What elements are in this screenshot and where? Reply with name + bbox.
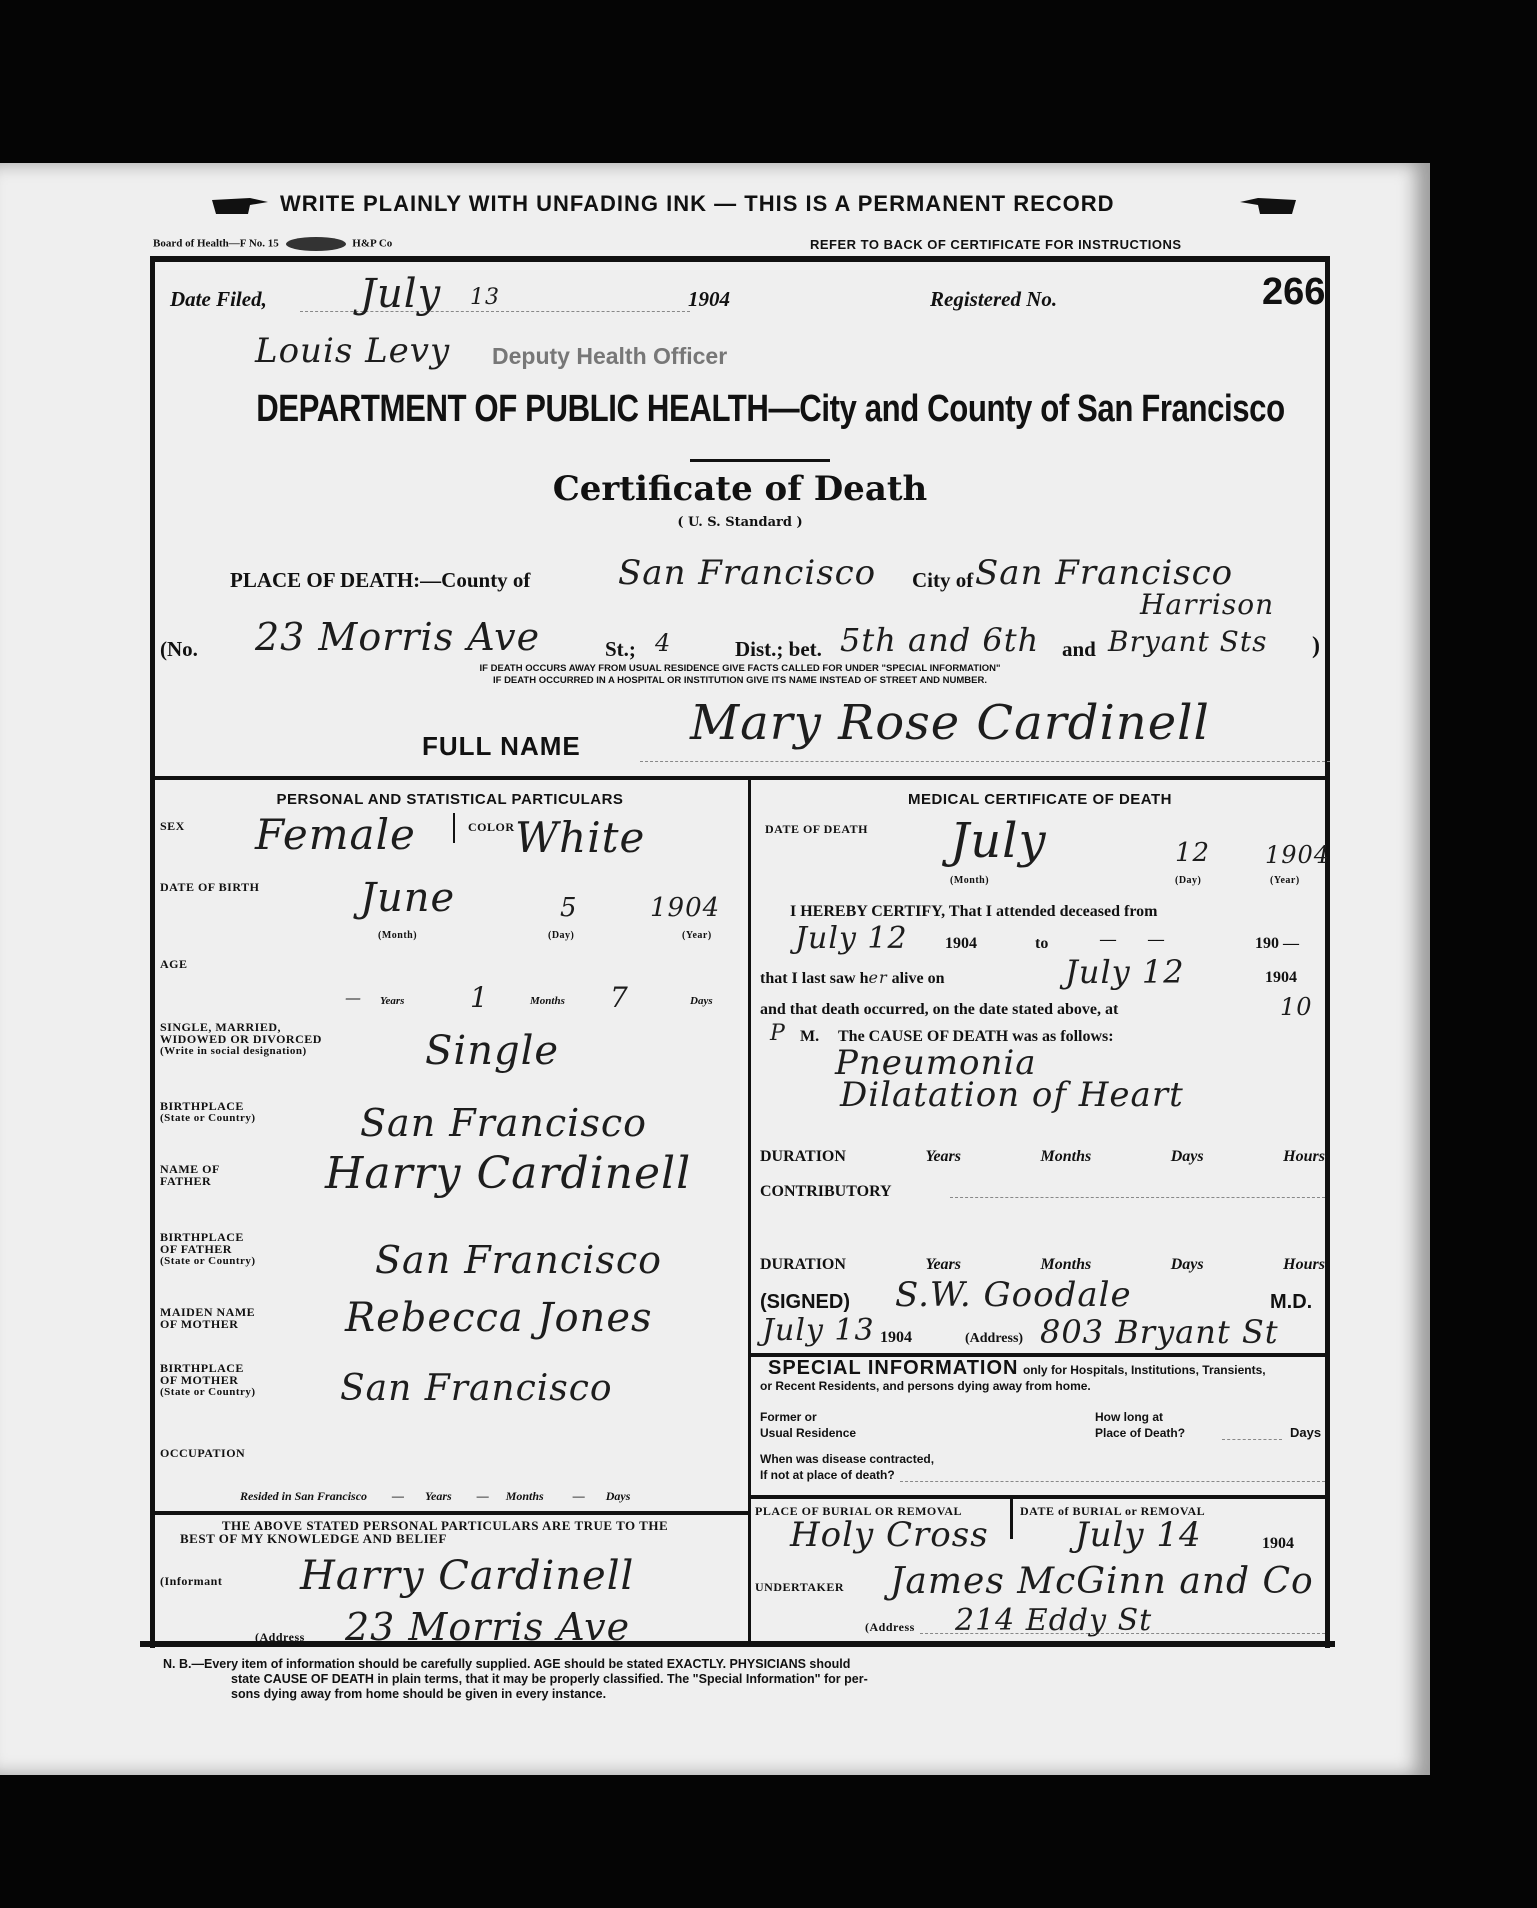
note-line-2: IF DEATH OCCURRED IN A HOSPITAL OR INSTI…	[290, 675, 1190, 687]
dod-label: DATE OF DEATH	[765, 823, 868, 835]
personal-heading: PERSONAL AND STATISTICAL PARTICULARS	[160, 791, 740, 808]
informant-name: Harry Cardinell	[300, 1553, 634, 1599]
ward-number: 4	[655, 629, 671, 657]
sex-value: Female	[255, 810, 416, 859]
color-value: White	[515, 813, 645, 862]
union-label-icon	[286, 237, 346, 251]
informant-label: (Informant	[160, 1575, 222, 1587]
date-filed-year: 1904	[688, 287, 730, 312]
burial-date: July 14	[1075, 1515, 1202, 1555]
dob-month-caption: (Month)	[378, 930, 417, 942]
contracted-line	[900, 1481, 1325, 1482]
duration-label: DURATION	[760, 1148, 846, 1166]
birthplace-value: San Francisco	[360, 1101, 647, 1145]
attended-from: July 12	[795, 921, 908, 956]
resided-days-caption: Days	[606, 1489, 631, 1503]
dod-year-caption: (Year)	[1270, 875, 1300, 887]
department-title: DEPARTMENT OF PUBLIC HEALTH—City and Cou…	[256, 388, 1224, 431]
contributory-line	[950, 1197, 1325, 1198]
officer-signature: Louis Levy	[255, 331, 450, 371]
registered-number: 266	[1262, 271, 1325, 314]
instruction-left: WRITE PLAINLY WITH UNFADING INK	[280, 191, 707, 216]
duration-hours-2: Hours	[1283, 1256, 1325, 1274]
mother-label: MAIDEN NAME OF MOTHER	[160, 1306, 255, 1330]
former-label-2: Usual Residence	[760, 1425, 856, 1441]
mother-bp-label-3: (State or Country)	[160, 1386, 256, 1398]
physician-address: 803 Bryant St	[1040, 1313, 1279, 1351]
death-hour: 10	[1280, 993, 1313, 1021]
color-label: COLOR	[468, 821, 515, 833]
attended-to-year: 190 —	[1255, 935, 1299, 953]
dist-label: Dist.; bet.	[735, 637, 822, 662]
birthplace-label-2: (State or Country)	[160, 1112, 256, 1124]
undertaker-address: 214 Eddy St	[955, 1603, 1152, 1638]
physician-signature: S.W. Goodale	[895, 1275, 1132, 1315]
md-label: M.D.	[1270, 1291, 1312, 1314]
dod-month: July	[950, 813, 1047, 869]
medical-heading: MEDICAL CERTIFICATE OF DEATH	[755, 791, 1325, 808]
father-birthplace: San Francisco	[375, 1238, 662, 1282]
occurred-text: and that death occurred, on the date sta…	[760, 1001, 1118, 1019]
attended-from-year: 1904	[945, 935, 977, 953]
signed-label: (SIGNED)	[760, 1291, 850, 1314]
former-residence-label: Former or Usual Residence	[760, 1409, 856, 1441]
father-bp-label-2: OF FATHER	[160, 1243, 256, 1255]
dod-month-caption: (Month)	[950, 875, 989, 887]
dob-year: 1904	[650, 893, 720, 923]
to-label: to	[1035, 935, 1048, 953]
section-rule	[150, 776, 1330, 780]
date-filed-day: 13	[470, 285, 500, 310]
cross-street-bottom: Bryant Sts	[1108, 625, 1267, 658]
age-years-caption: Years	[380, 995, 404, 1007]
burial-place: Holy Cross	[790, 1515, 989, 1555]
father-label-2: FATHER	[160, 1175, 220, 1187]
registered-label: Registered No.	[930, 287, 1057, 312]
sex-color-divider	[453, 813, 455, 843]
death-meridiem: P	[770, 1021, 786, 1046]
personal-bottom-rule	[150, 1511, 750, 1515]
city-value: San Francisco	[975, 553, 1233, 593]
full-name-line	[640, 761, 1330, 762]
st-label: St.;	[605, 637, 636, 662]
certify-text: I HEREBY CERTIFY, That I attended deceas…	[790, 903, 1157, 921]
undertaker-address-label: (Address	[865, 1621, 915, 1633]
date-filed-month: July	[360, 271, 441, 317]
resided-days: —	[573, 1489, 585, 1503]
duration-row-2: DURATION Years Months Days Hours	[760, 1256, 1325, 1274]
age-months-caption: Months	[530, 995, 565, 1007]
dod-day: 12	[1175, 838, 1210, 868]
form-code: Board of Health—F No. 15 H&P Co	[153, 237, 392, 251]
date-filed-label: Date Filed,	[170, 287, 267, 312]
duration-days: Days	[1171, 1148, 1204, 1166]
date-filed-line	[300, 311, 690, 312]
informant-statement-2: BEST OF MY KNOWLEDGE AND BELIEF	[150, 1532, 740, 1545]
duration-years-2: Years	[925, 1256, 961, 1274]
resided-months: —	[477, 1489, 489, 1503]
age-days-caption: Days	[690, 995, 713, 1007]
how-long-line	[1222, 1439, 1282, 1440]
printer-text: H&P Co	[352, 238, 392, 250]
signed-year: 1904	[880, 1329, 912, 1347]
attended-to-year-prefix: 190	[1255, 935, 1279, 952]
mother-label-2: OF MOTHER	[160, 1318, 255, 1330]
form-bottom-rule	[140, 1641, 1335, 1647]
close-paren: )	[1312, 633, 1320, 660]
city-label: City of	[912, 568, 973, 593]
duration-months: Months	[1041, 1148, 1092, 1166]
physician-address-label: (Address)	[965, 1331, 1023, 1347]
former-label-1: Former or	[760, 1409, 856, 1425]
last-saw-date: July 12	[1065, 953, 1185, 991]
footer-line-1: Every item of information should be care…	[204, 1657, 850, 1671]
street-no-label: (No.	[160, 637, 198, 662]
resided-label: Resided in San Francisco	[240, 1489, 367, 1503]
certificate-page: WRITE PLAINLY WITH UNFADING INK — THIS I…	[0, 163, 1430, 1775]
form-code-text: Board of Health—F No. 15	[153, 238, 279, 250]
dob-day-caption: (Day)	[548, 930, 574, 942]
header-instruction: WRITE PLAINLY WITH UNFADING INK — THIS I…	[280, 191, 1115, 217]
marital-label-3: (Write in social designation)	[160, 1045, 322, 1057]
dash: —	[714, 191, 737, 216]
special-heading-title: SPECIAL INFORMATION	[768, 1357, 1018, 1379]
how-long-label: How long at Place of Death?	[1095, 1409, 1185, 1441]
birthplace-label: BIRTHPLACE (State or Country)	[160, 1100, 256, 1124]
footer-line-2: state CAUSE OF DEATH in plain terms, tha…	[163, 1672, 1243, 1687]
dob-year-caption: (Year)	[682, 930, 712, 942]
how-long-days: Days	[1290, 1425, 1321, 1440]
last-saw-year: 1904	[1265, 969, 1297, 987]
alive-on-label: alive on	[892, 970, 945, 987]
father-birthplace-label: BIRTHPLACE OF FATHER (State or Country)	[160, 1231, 256, 1267]
resided-row: Resided in San Francisco — Years — Month…	[240, 1489, 630, 1504]
last-saw-pronoun: er	[868, 968, 887, 987]
special-heading-line2: or Recent Residents, and persons dying a…	[760, 1379, 1091, 1393]
footer-line-3: sons dying away from home should be give…	[163, 1687, 1243, 1702]
undertaker-name: James McGinn and Co	[890, 1561, 1314, 1602]
last-saw-label: that I last saw h	[760, 970, 868, 987]
burial-year: 1904	[1262, 1535, 1294, 1553]
pointing-hand-left-icon	[210, 196, 270, 216]
sex-label: SEX	[160, 820, 185, 832]
how-long-label-2: Place of Death?	[1095, 1425, 1185, 1441]
full-name-label: FULL NAME	[422, 731, 581, 762]
duration-months-2: Months	[1041, 1256, 1092, 1274]
dod-year: 1904	[1265, 841, 1330, 869]
burial-divider	[1010, 1499, 1013, 1539]
age-years: —	[345, 988, 362, 1007]
birthplace-label-1: BIRTHPLACE	[160, 1100, 256, 1112]
duration-row-1: DURATION Years Months Days Hours	[760, 1148, 1325, 1166]
pointing-hand-right-icon	[1238, 196, 1298, 216]
full-name-value: Mary Rose Cardinell	[690, 695, 1210, 751]
informant-statement: THE ABOVE STATED PERSONAL PARTICULARS AR…	[150, 1519, 740, 1545]
father-label: NAME OF FATHER	[160, 1163, 220, 1187]
place-of-death-label: PLACE OF DEATH:—County of	[230, 568, 530, 593]
street-address: 23 Morris Ave	[255, 615, 540, 659]
between-streets: 5th and 6th	[840, 621, 1039, 659]
duration-days-2: Days	[1171, 1256, 1204, 1274]
dob-month: June	[360, 875, 455, 921]
attended-to-year-suffix: —	[1283, 935, 1299, 952]
how-long-label-1: How long at	[1095, 1409, 1185, 1425]
attended-to: — —	[1100, 931, 1164, 949]
last-saw-row: that I last saw her alive on	[760, 968, 944, 988]
occupation-label: OCCUPATION	[160, 1447, 245, 1459]
father-bp-label-3: (State or Country)	[160, 1255, 256, 1267]
footer-note: N. B.—Every item of information should b…	[163, 1657, 1243, 1702]
marital-label-2: WIDOWED OR DIVORCED	[160, 1033, 322, 1045]
signed-date: July 13	[762, 1313, 875, 1348]
title-rule	[690, 459, 830, 462]
contributory-label: CONTRIBUTORY	[760, 1183, 892, 1201]
father-name: Harry Cardinell	[325, 1148, 691, 1199]
nb-label: N. B.—	[163, 1657, 204, 1671]
marital-label: SINGLE, MARRIED, WIDOWED OR DIVORCED (Wr…	[160, 1021, 322, 1057]
special-heading: SPECIAL INFORMATION only for Hospitals, …	[768, 1357, 1266, 1380]
mother-birthplace: San Francisco	[340, 1368, 613, 1409]
cross-street-top: Harrison	[1140, 588, 1274, 621]
burial-top-rule	[750, 1495, 1330, 1499]
duration-years: Years	[925, 1148, 961, 1166]
special-heading-note: only for Hospitals, Institutions, Transi…	[1023, 1363, 1266, 1377]
age-days: 7	[610, 981, 629, 1014]
place-of-death-note: IF DEATH OCCURS AWAY FROM USUAL RESIDENC…	[290, 663, 1190, 687]
age-months: 1	[470, 981, 489, 1014]
age-label: AGE	[160, 958, 188, 970]
contracted-label-1: When was disease contracted,	[760, 1451, 934, 1467]
standard-subtitle: ( U. S. Standard )	[150, 515, 1330, 530]
resided-years: —	[392, 1489, 404, 1503]
certificate-title: Certificate of Death	[150, 469, 1330, 509]
mother-bp-label-2: OF MOTHER	[160, 1374, 256, 1386]
note-line-1: IF DEATH OCCURS AWAY FROM USUAL RESIDENC…	[290, 663, 1190, 675]
mother-name: Rebecca Jones	[345, 1295, 653, 1341]
marital-value: Single	[425, 1028, 559, 1074]
officer-title: Deputy Health Officer	[492, 343, 727, 370]
dod-day-caption: (Day)	[1175, 875, 1201, 887]
contracted-label: When was disease contracted, If not at p…	[760, 1451, 934, 1483]
duration-hours: Hours	[1283, 1148, 1325, 1166]
refer-instructions: REFER TO BACK OF CERTIFICATE FOR INSTRUC…	[810, 237, 1182, 252]
m-label: M.	[800, 1028, 819, 1046]
duration-label-2: DURATION	[760, 1256, 846, 1274]
dob-day: 5	[560, 893, 578, 923]
dob-label: DATE OF BIRTH	[160, 881, 259, 893]
undertaker-label: UNDERTAKER	[755, 1581, 844, 1593]
instruction-right: THIS IS A PERMANENT RECORD	[744, 191, 1114, 216]
resided-years-caption: Years	[425, 1489, 452, 1503]
cause-secondary: Dilatation of Heart	[840, 1075, 1184, 1115]
mother-birthplace-label: BIRTHPLACE OF MOTHER (State or Country)	[160, 1362, 256, 1398]
resided-months-caption: Months	[506, 1489, 544, 1503]
county-value: San Francisco	[618, 553, 876, 593]
and-label: and	[1062, 637, 1096, 662]
